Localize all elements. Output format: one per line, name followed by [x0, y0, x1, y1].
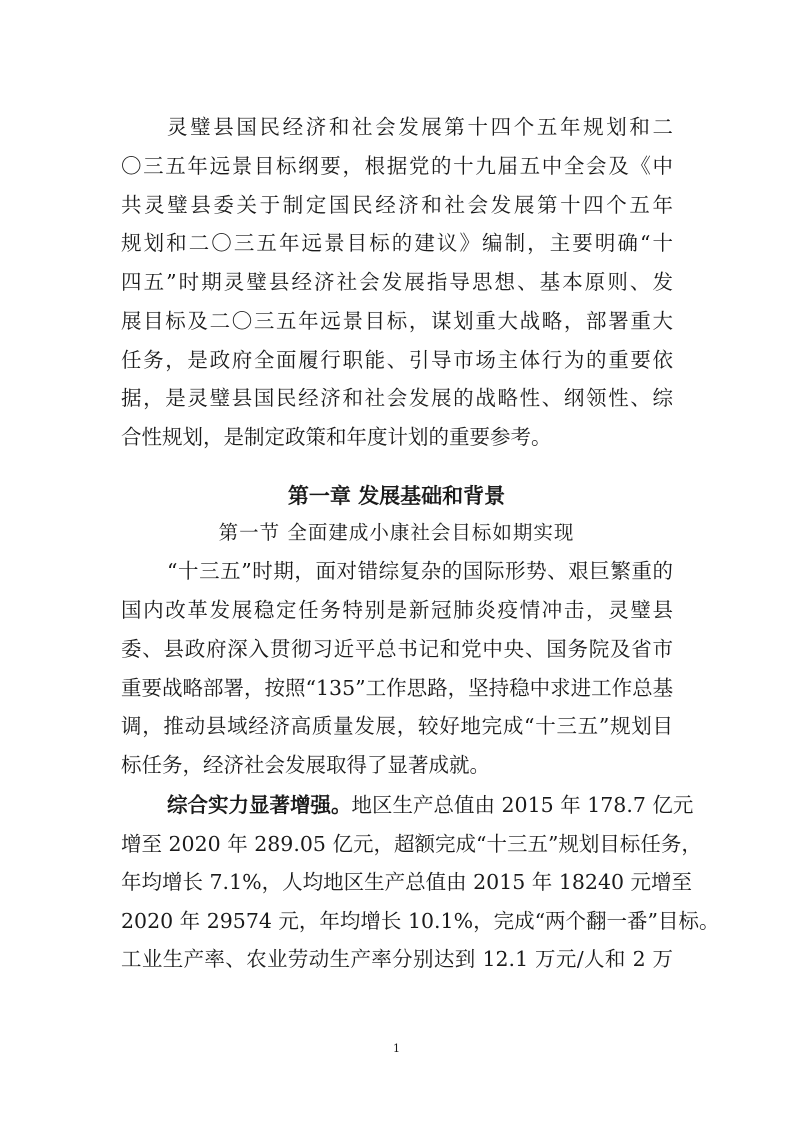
- intro-line-6: 展目标及二〇三五年远景目标，谋划重大战略，部署重大: [121, 302, 673, 341]
- intro-line-8: 据，是灵璧县国民经济和社会发展的战略性、纲领性、综: [121, 379, 673, 418]
- strength-line-1-text: 地区生产总值由 2015 年 178.7 亿元: [352, 793, 694, 817]
- strength-lead-heading: 综合实力显著增强。: [167, 793, 352, 817]
- intro-line-2: 〇三五年远景目标纲要，根据党的十九届五中全会及《中: [121, 147, 673, 186]
- strength-line-1: 综合实力显著增强。地区生产总值由 2015 年 178.7 亿元: [167, 786, 673, 825]
- intro-line-9: 合性规划，是制定政策和年度计划的重要参考。: [121, 418, 673, 457]
- intro-line-3: 共灵璧县委关于制定国民经济和社会发展第十四个五年: [121, 186, 673, 225]
- document-page: 灵璧县国民经济和社会发展第十四个五年规划和二 〇三五年远景目标纲要，根据党的十九…: [0, 0, 793, 1122]
- context-line-5: 调，推动县域经济高质量发展，较好地完成“十三五”规划目: [121, 707, 673, 746]
- intro-line-4: 规划和二〇三五年远景目标的建议》编制，主要明确“十: [121, 224, 673, 263]
- strength-line-4: 2020 年 29574 元，年均增长 10.1%，完成“两个翻一番”目标。: [121, 902, 673, 941]
- strength-line-2: 增至 2020 年 289.05 亿元，超额完成“十三五”规划目标任务，: [121, 825, 673, 864]
- intro-line-7: 任务，是政府全面履行职能、引导市场主体行为的重要依: [121, 341, 673, 380]
- intro-line-5: 四五”时期灵璧县经济社会发展指导思想、基本原则、发: [121, 263, 673, 302]
- context-line-6: 标任务，经济社会发展取得了显著成就。: [121, 746, 673, 785]
- context-line-3: 委、县政府深入贯彻习近平总书记和党中央、国务院及省市: [121, 630, 673, 669]
- chapter-title: 第一章 发展基础和背景: [0, 477, 793, 516]
- page-number: 1: [0, 1042, 793, 1055]
- section-title: 第一节 全面建成小康社会目标如期实现: [0, 513, 793, 552]
- context-line-2: 国内改革发展稳定任务特别是新冠肺炎疫情冲击，灵璧县: [121, 591, 673, 630]
- intro-line-1: 灵璧县国民经济和社会发展第十四个五年规划和二: [167, 108, 673, 147]
- context-line-4: 重要战略部署，按照“135”工作思路，坚持稳中求进工作总基: [121, 669, 673, 708]
- context-line-1: “十三五”时期，面对错综复杂的国际形势、艰巨繁重的: [167, 552, 673, 591]
- strength-line-5: 工业生产率、农业劳动生产率分别达到 12.1 万元/人和 2 万: [121, 940, 673, 979]
- strength-line-3: 年均增长 7.1%，人均地区生产总值由 2015 年 18240 元增至: [121, 863, 673, 902]
